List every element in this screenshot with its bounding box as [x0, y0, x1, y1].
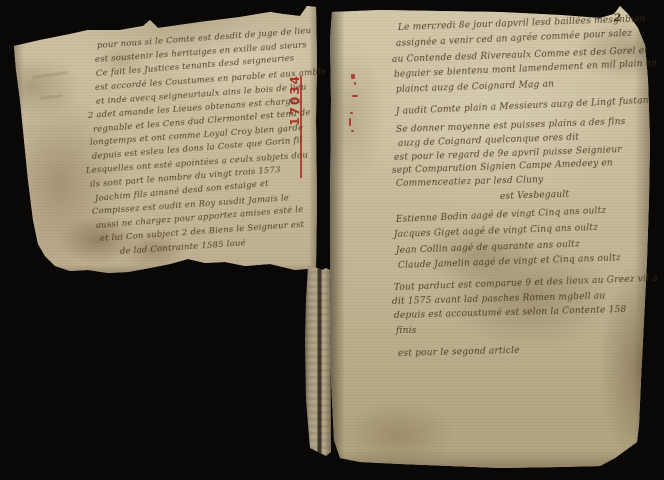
red-ink-speck [351, 130, 354, 132]
manuscript-photo: pour nous si le Comte est desdit de juge… [0, 0, 664, 480]
handwritten-line: finis [396, 327, 417, 337]
red-ink-speck [354, 82, 356, 85]
folio-number: 2 [614, 13, 621, 24]
red-ink-speck [351, 74, 355, 79]
red-ink-speck [352, 95, 358, 97]
red-ink-speck [350, 112, 353, 114]
red-ink-speck [349, 118, 351, 126]
binding-strip [303, 264, 333, 458]
